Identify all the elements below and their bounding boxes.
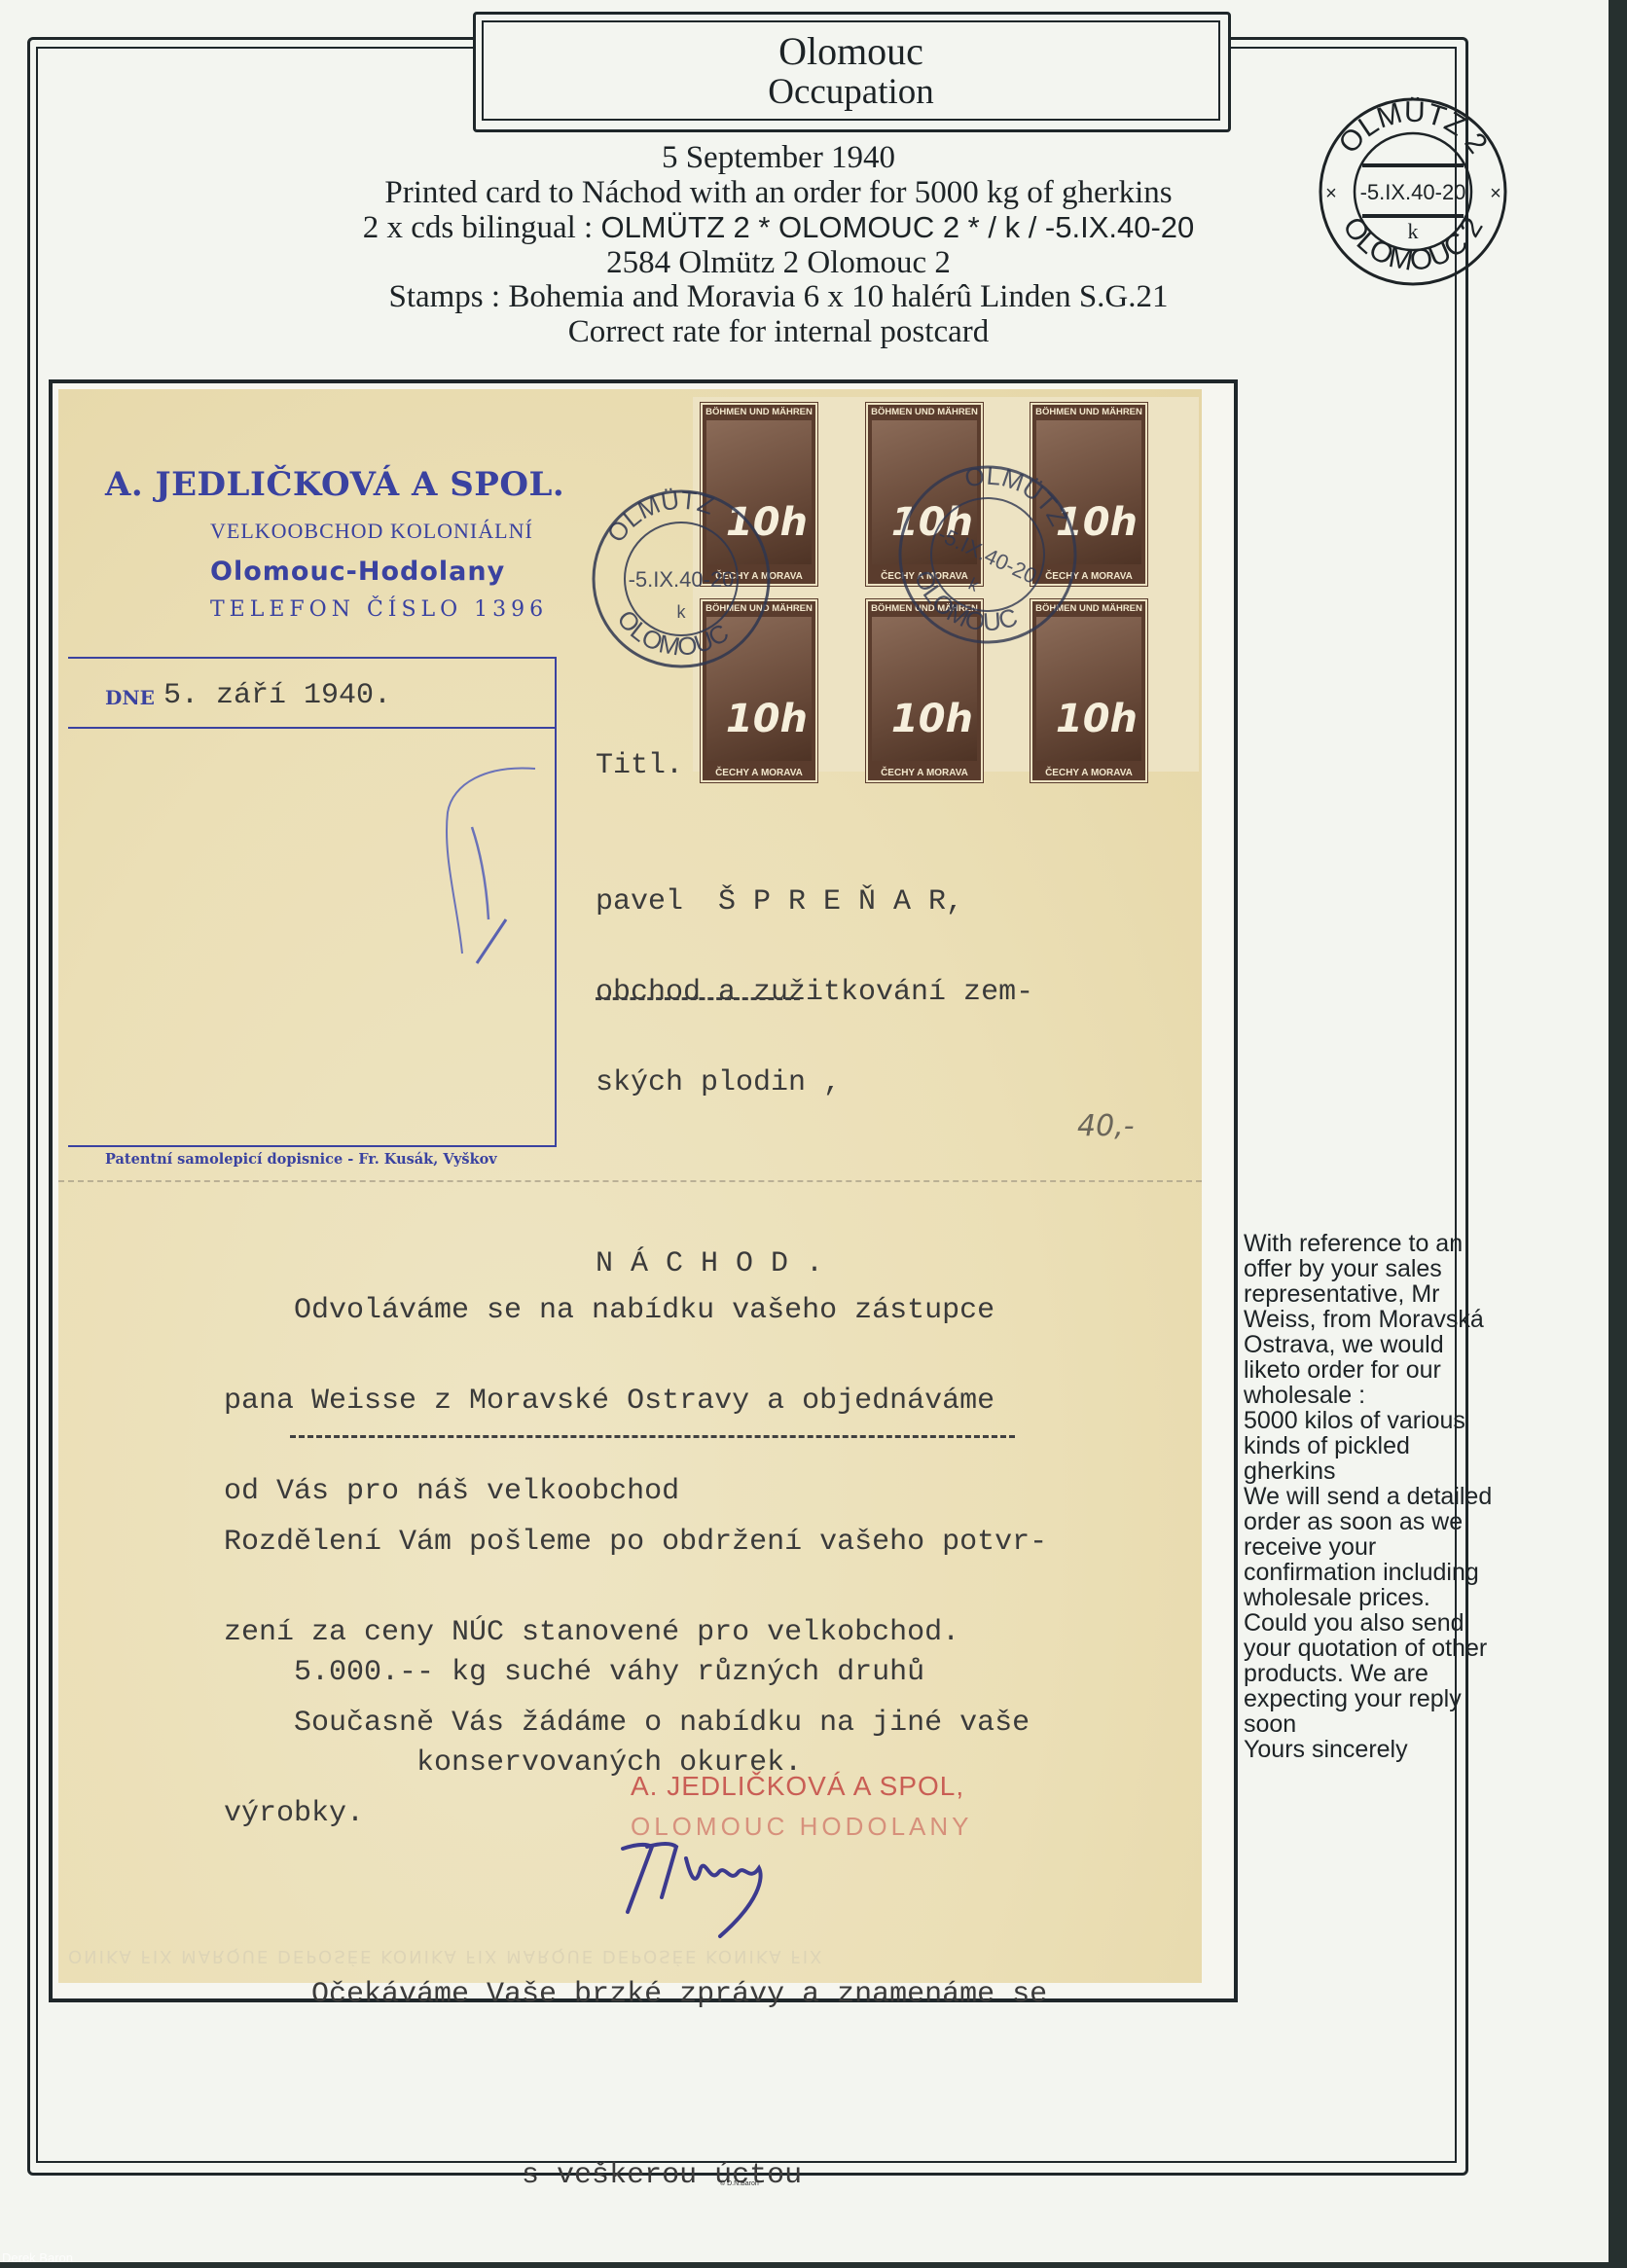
- cds-postmark-illustration: OLMÜTZ 2 OLOMOUC 2 -5.IX.40-20 k × ×: [1314, 92, 1513, 292]
- description-stamps: Stamps : Bohemia and Moravia 6 x 10 halé…: [224, 280, 1333, 315]
- copyright-note: © D.N.Baron: [720, 2180, 759, 2187]
- translation-text: With reference to an offer by your sales…: [1244, 1231, 1545, 1762]
- embossed-border-text: ONIKA FIX MARQUE DEPOSÉE KONIKA FIX MARQ…: [68, 1946, 1197, 1966]
- printer-imprint: Patentní samolepicí dopisnice - Fr. Kusá…: [105, 1151, 497, 1168]
- svg-text:OLMÜTZ 2: OLMÜTZ 2: [1333, 96, 1494, 160]
- svg-text:k: k: [677, 602, 687, 622]
- svg-text:k: k: [1408, 219, 1419, 243]
- scan-edge-bottom: [0, 2262, 1627, 2268]
- description-date: 5 September 1940: [224, 141, 1333, 176]
- postmark-cancel-2: OLMÜTZ OLOMOUC -5.IX.40-20 k: [890, 457, 1085, 652]
- svg-text:k: k: [965, 574, 983, 595]
- description-summary: Printed card to Náchod with an order for…: [224, 176, 1333, 211]
- letterhead-trade: VELKOOBCHOD KOLONIÁLNÍ: [210, 519, 533, 544]
- page-title: Olomouc: [484, 30, 1218, 73]
- watermark: Derek Baron: [2, 2250, 73, 2265]
- description-block: 5 September 1940 Printed card to Náchod …: [224, 141, 1333, 349]
- letterhead-phone: TELEFON ČÍSLO 1396: [210, 597, 548, 622]
- svg-text:-5.IX.40-20: -5.IX.40-20: [1360, 180, 1466, 204]
- pencil-mark-icon: [428, 759, 545, 973]
- letterhead-city: Olomouc-Hodolany: [210, 557, 505, 587]
- svg-text:-5.IX.40-20: -5.IX.40-20: [629, 567, 735, 592]
- svg-text:×: ×: [1490, 183, 1501, 204]
- date-label: DNE: [105, 686, 155, 709]
- letterhead-firm: A. JEDLIČKOVÁ A SPOL.: [105, 465, 564, 504]
- svg-text:-5.IX.40-20: -5.IX.40-20: [934, 522, 1040, 589]
- description-rate: Correct rate for internal postcard: [224, 315, 1333, 350]
- description-cds: 2 x cds bilingual : OLMÜTZ 2 * OLOMOUC 2…: [224, 210, 1333, 246]
- description-catalogue: 2584 Olmütz 2 Olomouc 2: [224, 246, 1333, 281]
- signature-icon: [603, 1829, 827, 1946]
- salutation: Titl.: [596, 749, 683, 782]
- scan-edge-right: [1609, 0, 1627, 2268]
- postmark-text: OLMÜTZ 2 * OLOMOUC 2 * / k / -5.IX.40-20: [600, 210, 1194, 244]
- svg-text:OLMÜTZ: OLMÜTZ: [953, 457, 1084, 538]
- date-rule: [68, 727, 555, 729]
- postmark-cancel-1: OLMÜTZ OLOMOUC -5.IX.40-20 k: [584, 482, 778, 676]
- svg-text:×: ×: [1325, 183, 1337, 204]
- order-underline: [290, 1435, 1015, 1438]
- svg-text:OLOMOUC: OLOMOUC: [611, 604, 734, 661]
- title-box: Olomouc Occupation: [482, 20, 1220, 121]
- pencil-price-note: 40,-: [1077, 1109, 1135, 1143]
- address-underline: [596, 997, 800, 1000]
- page-subtitle: Occupation: [484, 73, 1218, 112]
- date-value: 5. září 1940.: [163, 679, 391, 712]
- company-seal-line1: A. JEDLIČKOVÁ A SPOL,: [631, 1771, 964, 1802]
